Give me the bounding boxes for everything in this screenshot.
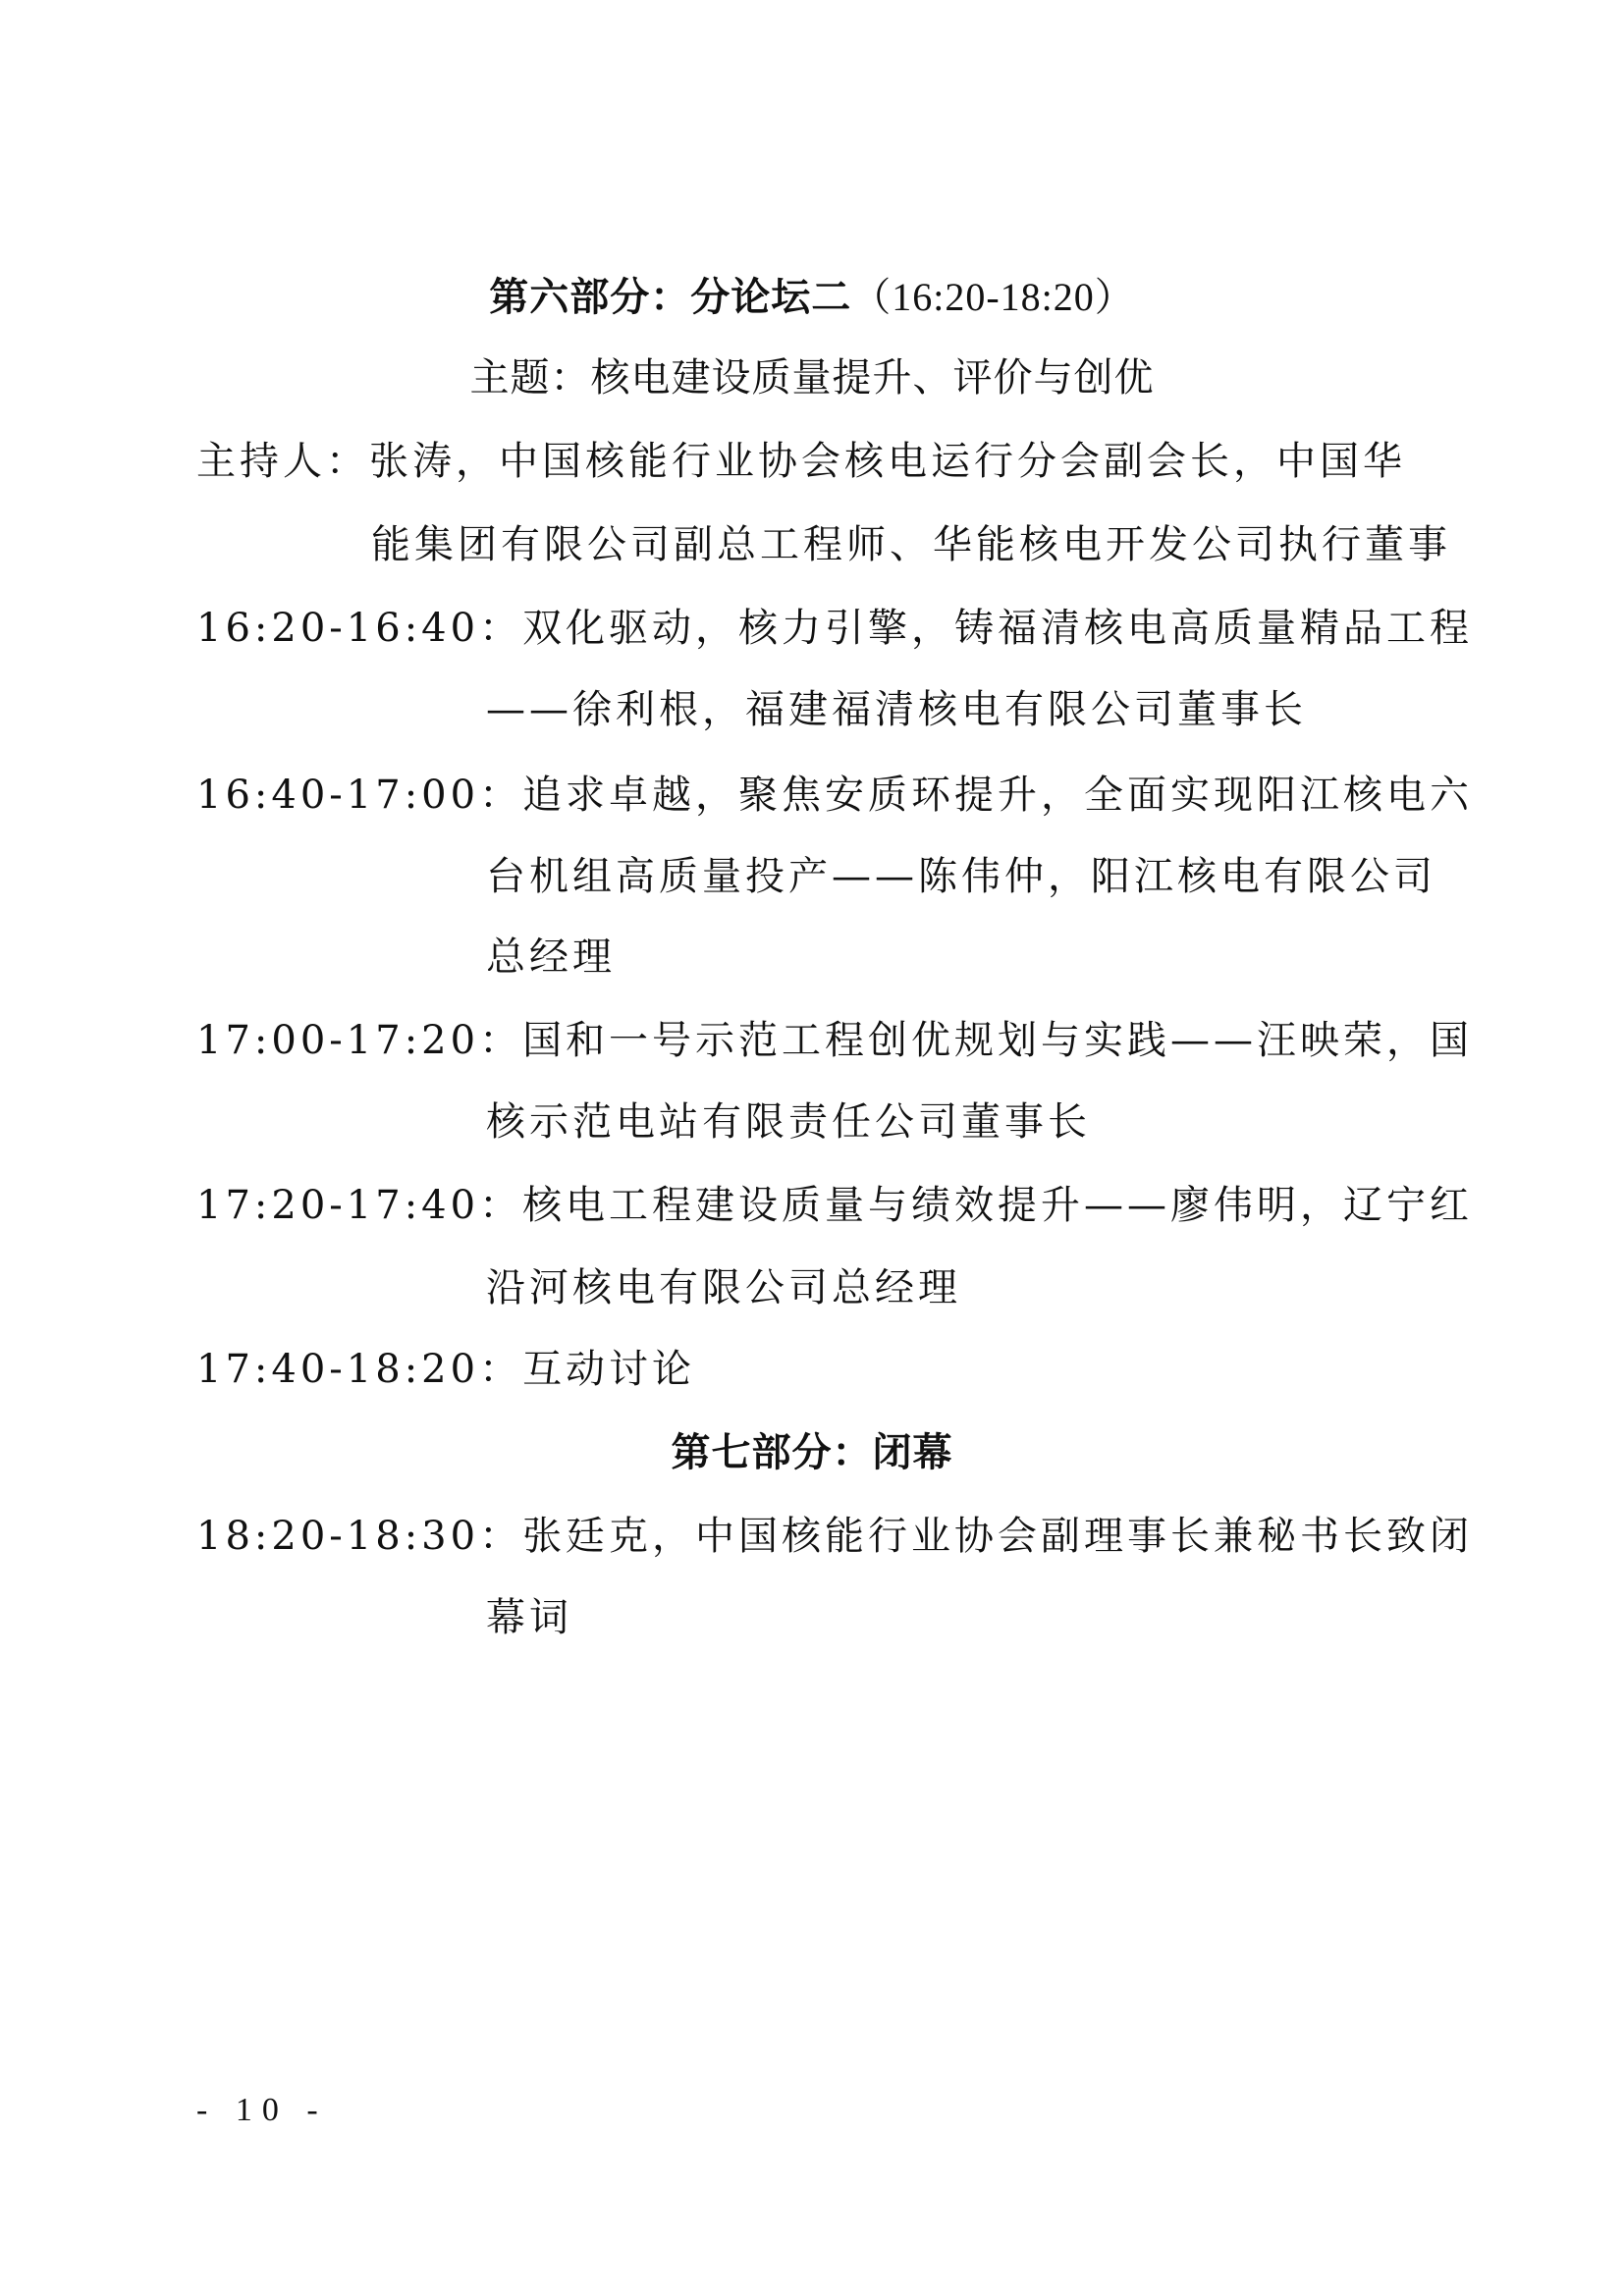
agenda-text: 张廷克，中国核能行业协会副理事长兼秘书长致闭 xyxy=(522,1514,1473,1559)
agenda-text: 追求卓越，聚焦安质环提升，全面实现阳江核电六 xyxy=(522,773,1473,818)
agenda-time: 17:20-17:40： xyxy=(196,1183,522,1228)
agenda-item-4: 17:20-17:40：核电工程建设质量与绩效提升——廖伟明，辽宁红 xyxy=(196,1181,1473,1230)
section6-theme: 主题：核电建设质量提升、评价与创优 xyxy=(0,353,1624,402)
agenda-item-5: 17:40-18:20：互动讨论 xyxy=(196,1345,695,1394)
agenda-item-2-cont-1: 台机组高质量投产——陈伟仲，阳江核电有限公司 xyxy=(486,852,1436,901)
closing-item-cont: 幕词 xyxy=(486,1593,572,1642)
agenda-text: 互动讨论 xyxy=(522,1347,695,1392)
agenda-item-3: 17:00-17:20：国和一号示范工程创优规划与实践——汪映荣，国 xyxy=(196,1016,1473,1065)
agenda-time: 16:40-17:00： xyxy=(196,773,522,818)
agenda-item-1: 16:20-16:40：双化驱动，核力引擎，铸福清核电高质量精品工程 xyxy=(196,604,1473,653)
agenda-text: 双化驱动，核力引擎，铸福清核电高质量精品工程 xyxy=(522,606,1473,651)
host-text-1: 张涛，中国核能行业协会核电运行分会副会长，中国华 xyxy=(369,439,1406,484)
page-number: - 10 - xyxy=(196,2091,328,2130)
agenda-item-4-cont: 沿河核电有限公司总经理 xyxy=(486,1263,961,1312)
document-page: 第六部分：分论坛二（16:20-18:20） 主题：核电建设质量提升、评价与创优… xyxy=(0,0,1624,2296)
host-line-2: 能集团有限公司副总工程师、华能核电开发公司执行董事 xyxy=(371,520,1451,569)
closing-item: 18:20-18:30：张廷克，中国核能行业协会副理事长兼秘书长致闭 xyxy=(196,1512,1473,1561)
section6-heading: 第六部分：分论坛二（16:20-18:20） xyxy=(0,273,1624,322)
agenda-text: 核电工程建设质量与绩效提升——廖伟明，辽宁红 xyxy=(522,1183,1473,1228)
agenda-item-1-cont: ——徐利根，福建福清核电有限公司董事长 xyxy=(486,685,1307,734)
host-label: 主持人： xyxy=(196,439,369,484)
section7-heading: 第七部分：闭幕 xyxy=(0,1428,1624,1477)
agenda-time: 16:20-16:40： xyxy=(196,606,522,651)
agenda-text: 国和一号示范工程创优规划与实践——汪映荣，国 xyxy=(522,1018,1473,1063)
section6-time: （16:20-18:20） xyxy=(851,275,1135,319)
agenda-time: 17:40-18:20： xyxy=(196,1347,522,1392)
agenda-item-3-cont: 核示范电站有限责任公司董事长 xyxy=(486,1097,1091,1147)
host-line-1: 主持人：张涛，中国核能行业协会核电运行分会副会长，中国华 xyxy=(196,437,1406,486)
agenda-item-2: 16:40-17:00：追求卓越，聚焦安质环提升，全面实现阳江核电六 xyxy=(196,771,1473,820)
agenda-time: 17:00-17:20： xyxy=(196,1018,522,1063)
agenda-item-2-cont-2: 总经理 xyxy=(486,933,616,982)
agenda-time: 18:20-18:30： xyxy=(196,1514,522,1559)
section6-title: 第六部分：分论坛二 xyxy=(489,275,851,320)
